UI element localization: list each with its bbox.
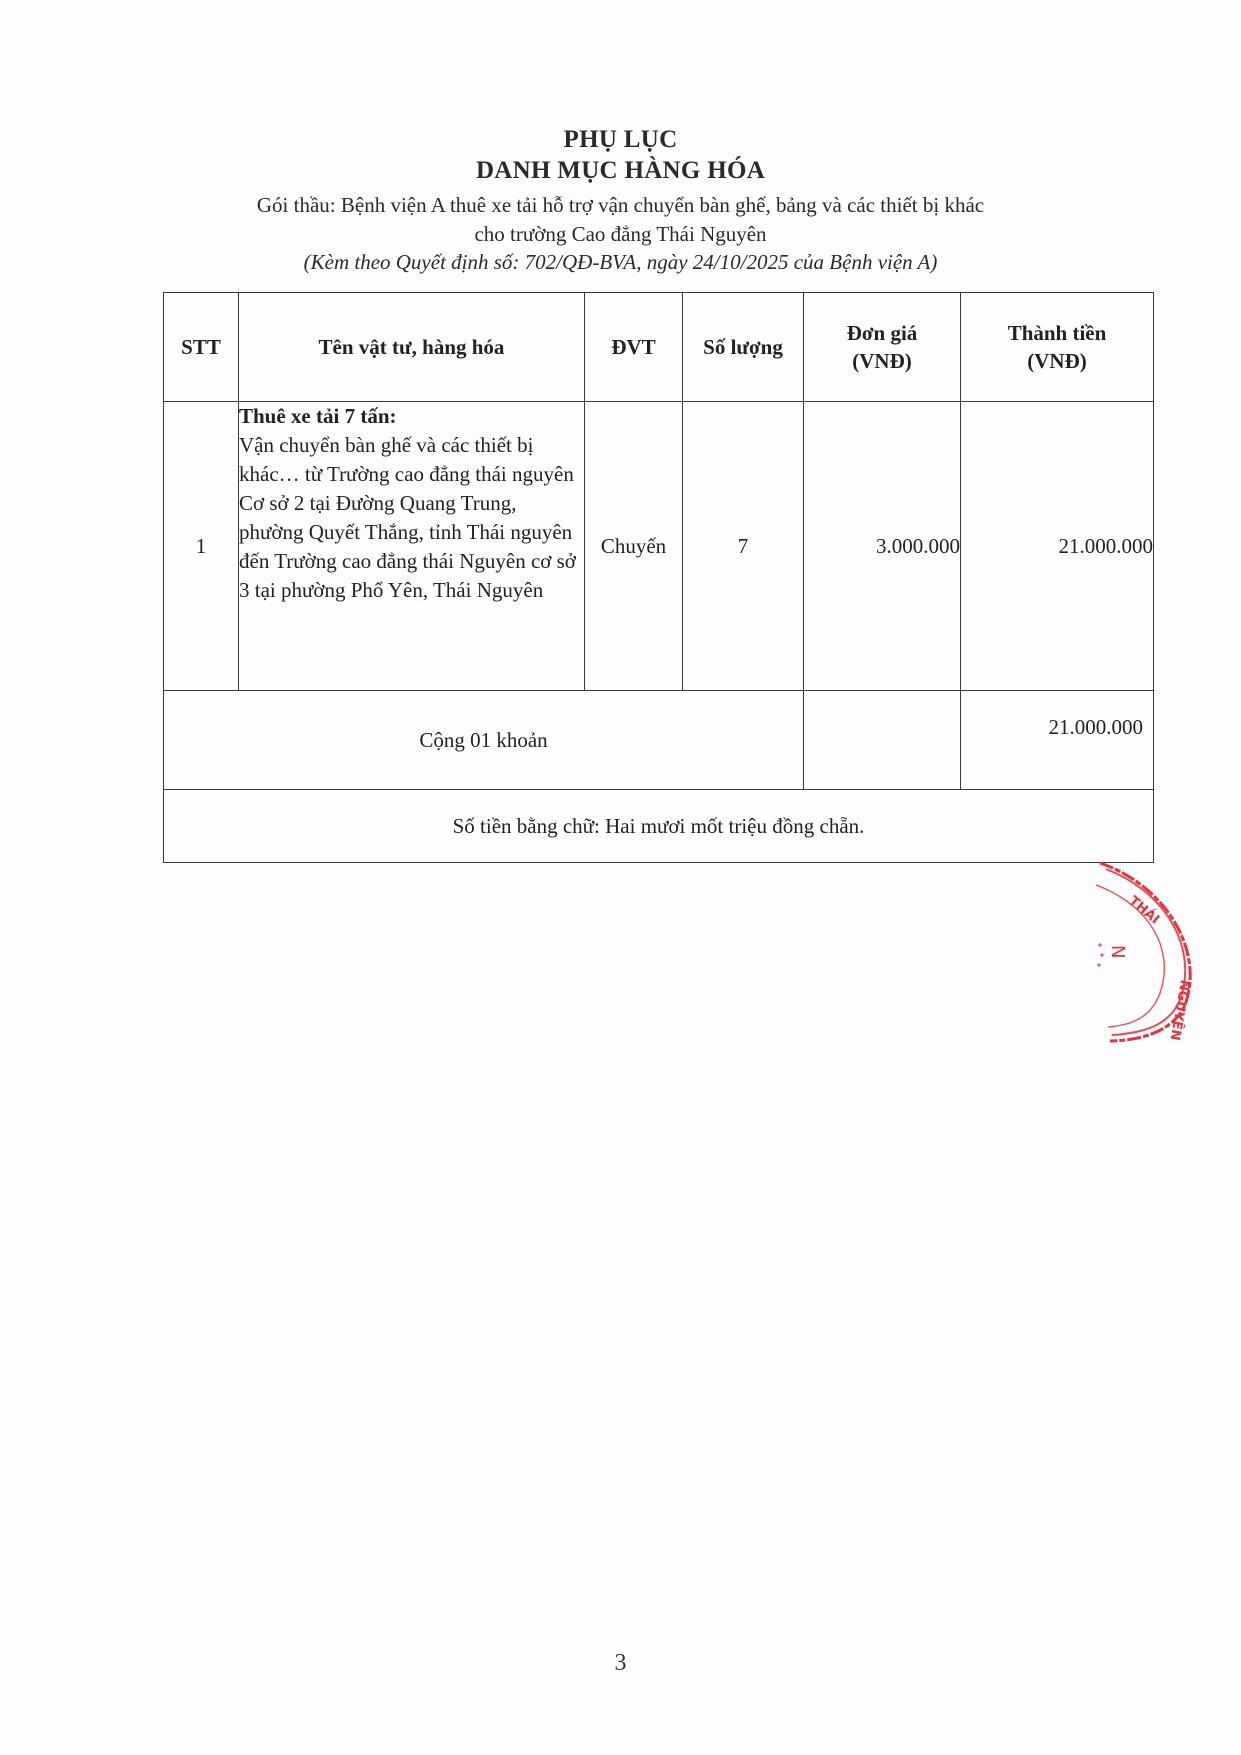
column-header-unit: ĐVT <box>585 293 683 402</box>
column-header-quantity: Số lượng <box>683 293 804 402</box>
svg-text:N: N <box>1107 945 1128 958</box>
total-label: Cộng 01 khoản <box>164 691 804 790</box>
column-header-unit-price: Đơn giá (VNĐ) <box>804 293 961 402</box>
column-header-amount: Thành tiền (VNĐ) <box>961 293 1154 402</box>
unit-price-header-line2: (VNĐ) <box>852 349 911 373</box>
amount-in-words-row: Số tiền bằng chữ: Hai mươi mốt triệu đồn… <box>164 790 1154 863</box>
document-page: PHỤ LỤC DANH MỤC HÀNG HÓA Gói thầu: Bệnh… <box>0 0 1241 1755</box>
svg-text:NGUYÊN: NGUYÊN <box>1167 979 1193 1042</box>
row-amount: 21.000.000 <box>961 402 1154 691</box>
goods-table: STT Tên vật tư, hàng hóa ĐVT Số lượng Đơ… <box>163 292 1154 863</box>
decision-reference: (Kèm theo Quyết định số: 702/QĐ-BVA, ngà… <box>0 250 1241 275</box>
package-description-line1: Gói thầu: Bệnh viện A thuê xe tải hỗ trợ… <box>0 193 1241 218</box>
row-quantity: 7 <box>683 402 804 691</box>
row-unit-price: 3.000.000 <box>804 402 961 691</box>
row-stt: 1 <box>164 402 239 691</box>
catalog-title: DANH MỤC HÀNG HÓA <box>0 157 1241 185</box>
amount-header-line2: (VNĐ) <box>1027 349 1086 373</box>
row-unit: Chuyến <box>585 402 683 691</box>
total-empty-cell <box>804 691 961 790</box>
column-header-stt: STT <box>164 293 239 402</box>
column-header-item-name: Tên vật tư, hàng hóa <box>239 293 585 402</box>
total-row: Cộng 01 khoản 21.000.000 <box>164 691 1154 790</box>
row-item-name: Thuê xe tải 7 tấn: Vận chuyển bàn ghế và… <box>239 402 585 691</box>
table-header-row: STT Tên vật tư, hàng hóa ĐVT Số lượng Đơ… <box>164 293 1154 402</box>
item-title: Thuê xe tải 7 tấn: <box>239 402 584 431</box>
page-number: 3 <box>0 1650 1241 1677</box>
amount-header-line1: Thành tiền <box>1008 321 1107 345</box>
item-description: Vận chuyển bàn ghế và các thiết bị khác…… <box>239 431 584 605</box>
package-description-line2: cho trường Cao đẳng Thái Nguyên <box>0 222 1241 247</box>
table-row: 1 Thuê xe tải 7 tấn: Vận chuyển bàn ghế … <box>164 402 1154 691</box>
unit-price-header-line1: Đơn giá <box>847 321 918 345</box>
amount-in-words: Số tiền bằng chữ: Hai mươi mốt triệu đồn… <box>164 790 1154 863</box>
red-seal-stamp-icon: THÁI NGUYÊN N <box>1090 855 1205 1045</box>
total-amount: 21.000.000 <box>961 691 1154 790</box>
appendix-title: PHỤ LỤC <box>0 126 1241 154</box>
